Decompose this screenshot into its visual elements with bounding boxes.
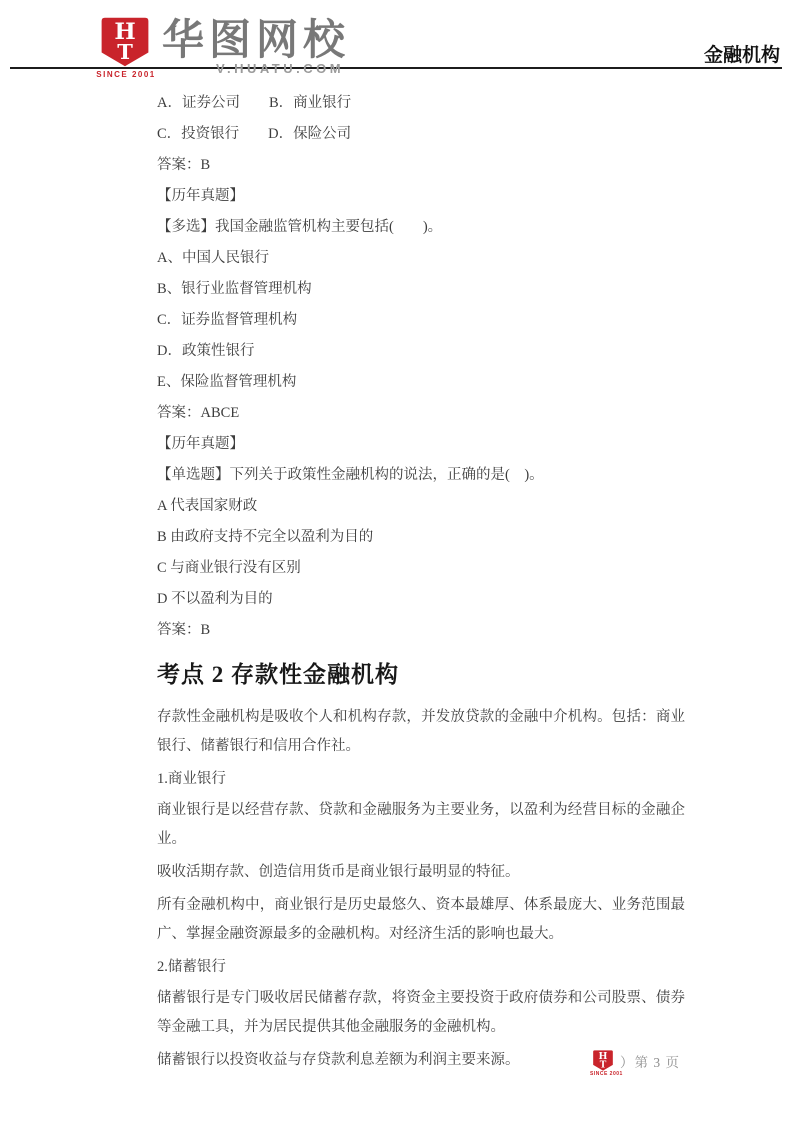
footer-logo: H T SINCE 2001 — [590, 1050, 616, 1077]
body-paragraph: 商业银行是以经营存款、贷款和金融服务为主要业务，以盈利为经营目标的金融企业。 — [157, 796, 685, 854]
option-line: B、银行业监督管理机构 — [157, 275, 685, 304]
footer-since-label: SINCE 2001 — [590, 1071, 616, 1077]
options-row: C．投资银行 D．保险公司 — [157, 120, 685, 149]
huatu-shield-icon-small: H T — [592, 1050, 614, 1071]
answer-line: 答案：ABCE — [157, 399, 685, 428]
svg-text:T: T — [117, 39, 133, 64]
option-line: D 不以盈利为目的 — [157, 585, 685, 614]
tag-line: 【历年真题】 — [157, 430, 685, 459]
answer-line: 答案：B — [157, 616, 685, 645]
option-line: C．证券监督管理机构 — [157, 306, 685, 335]
option-line: A 代表国家财政 — [157, 492, 685, 521]
option-line: D．政策性银行 — [157, 337, 685, 366]
body-paragraph: 吸收活期存款、创造信用货币是商业银行最明显的特征。 — [157, 858, 685, 887]
brand-site-url: V.HUATU.COM — [216, 61, 344, 76]
body-paragraph: 储蓄银行是专门吸收居民储蓄存款，将资金主要投资于政府债券和公司股票、债券等金融工… — [157, 984, 685, 1042]
list-heading: 2.储蓄银行 — [157, 953, 685, 982]
body-paragraph: 所有金融机构中，商业银行是历史最悠久、资本最雄厚、体系最庞大、业务范围最广、掌握… — [157, 891, 685, 949]
tag-line: 【历年真题】 — [157, 182, 685, 211]
brand-name: 华图网校 — [162, 19, 350, 61]
page-footer: H T SINCE 2001 ）第 3 页 — [590, 1050, 680, 1096]
huatu-shield-icon: H T — [99, 17, 151, 67]
answer-line: 答案：B — [157, 151, 685, 180]
header-divider — [10, 67, 782, 69]
body-paragraph: 存款性金融机构是吸收个人和机构存款，并发放贷款的金融中介机构。包括：商业银行、储… — [157, 703, 685, 761]
options-row: A．证券公司 B．商业银行 — [157, 89, 685, 118]
option-line: E、保险监督管理机构 — [157, 368, 685, 397]
logo-since-label: SINCE 2001 — [95, 70, 157, 79]
list-heading: 1.商业银行 — [157, 765, 685, 794]
section-heading: 考点 2 存款性金融机构 — [157, 659, 685, 691]
page-header-title: 金融机构 — [704, 40, 780, 67]
question-line: 【单选题】下列关于政策性金融机构的说法，正确的是( )。 — [157, 461, 685, 490]
page-number: ）第 3 页 — [620, 1050, 680, 1073]
option-line: B 由政府支持不完全以盈利为目的 — [157, 523, 685, 552]
content: A．证券公司 B．商业银行C．投资银行 D．保险公司答案：B【历年真题】【多选】… — [157, 89, 685, 1079]
option-line: C 与商业银行没有区别 — [157, 554, 685, 583]
svg-text:T: T — [600, 1061, 607, 1071]
document-page: H T SINCE 2001 华图网校 V.HUATU.COM 金融机构 A．证… — [0, 0, 793, 1122]
option-line: A、中国人民银行 — [157, 244, 685, 273]
question-line: 【多选】我国金融监管机构主要包括( )。 — [157, 213, 685, 242]
